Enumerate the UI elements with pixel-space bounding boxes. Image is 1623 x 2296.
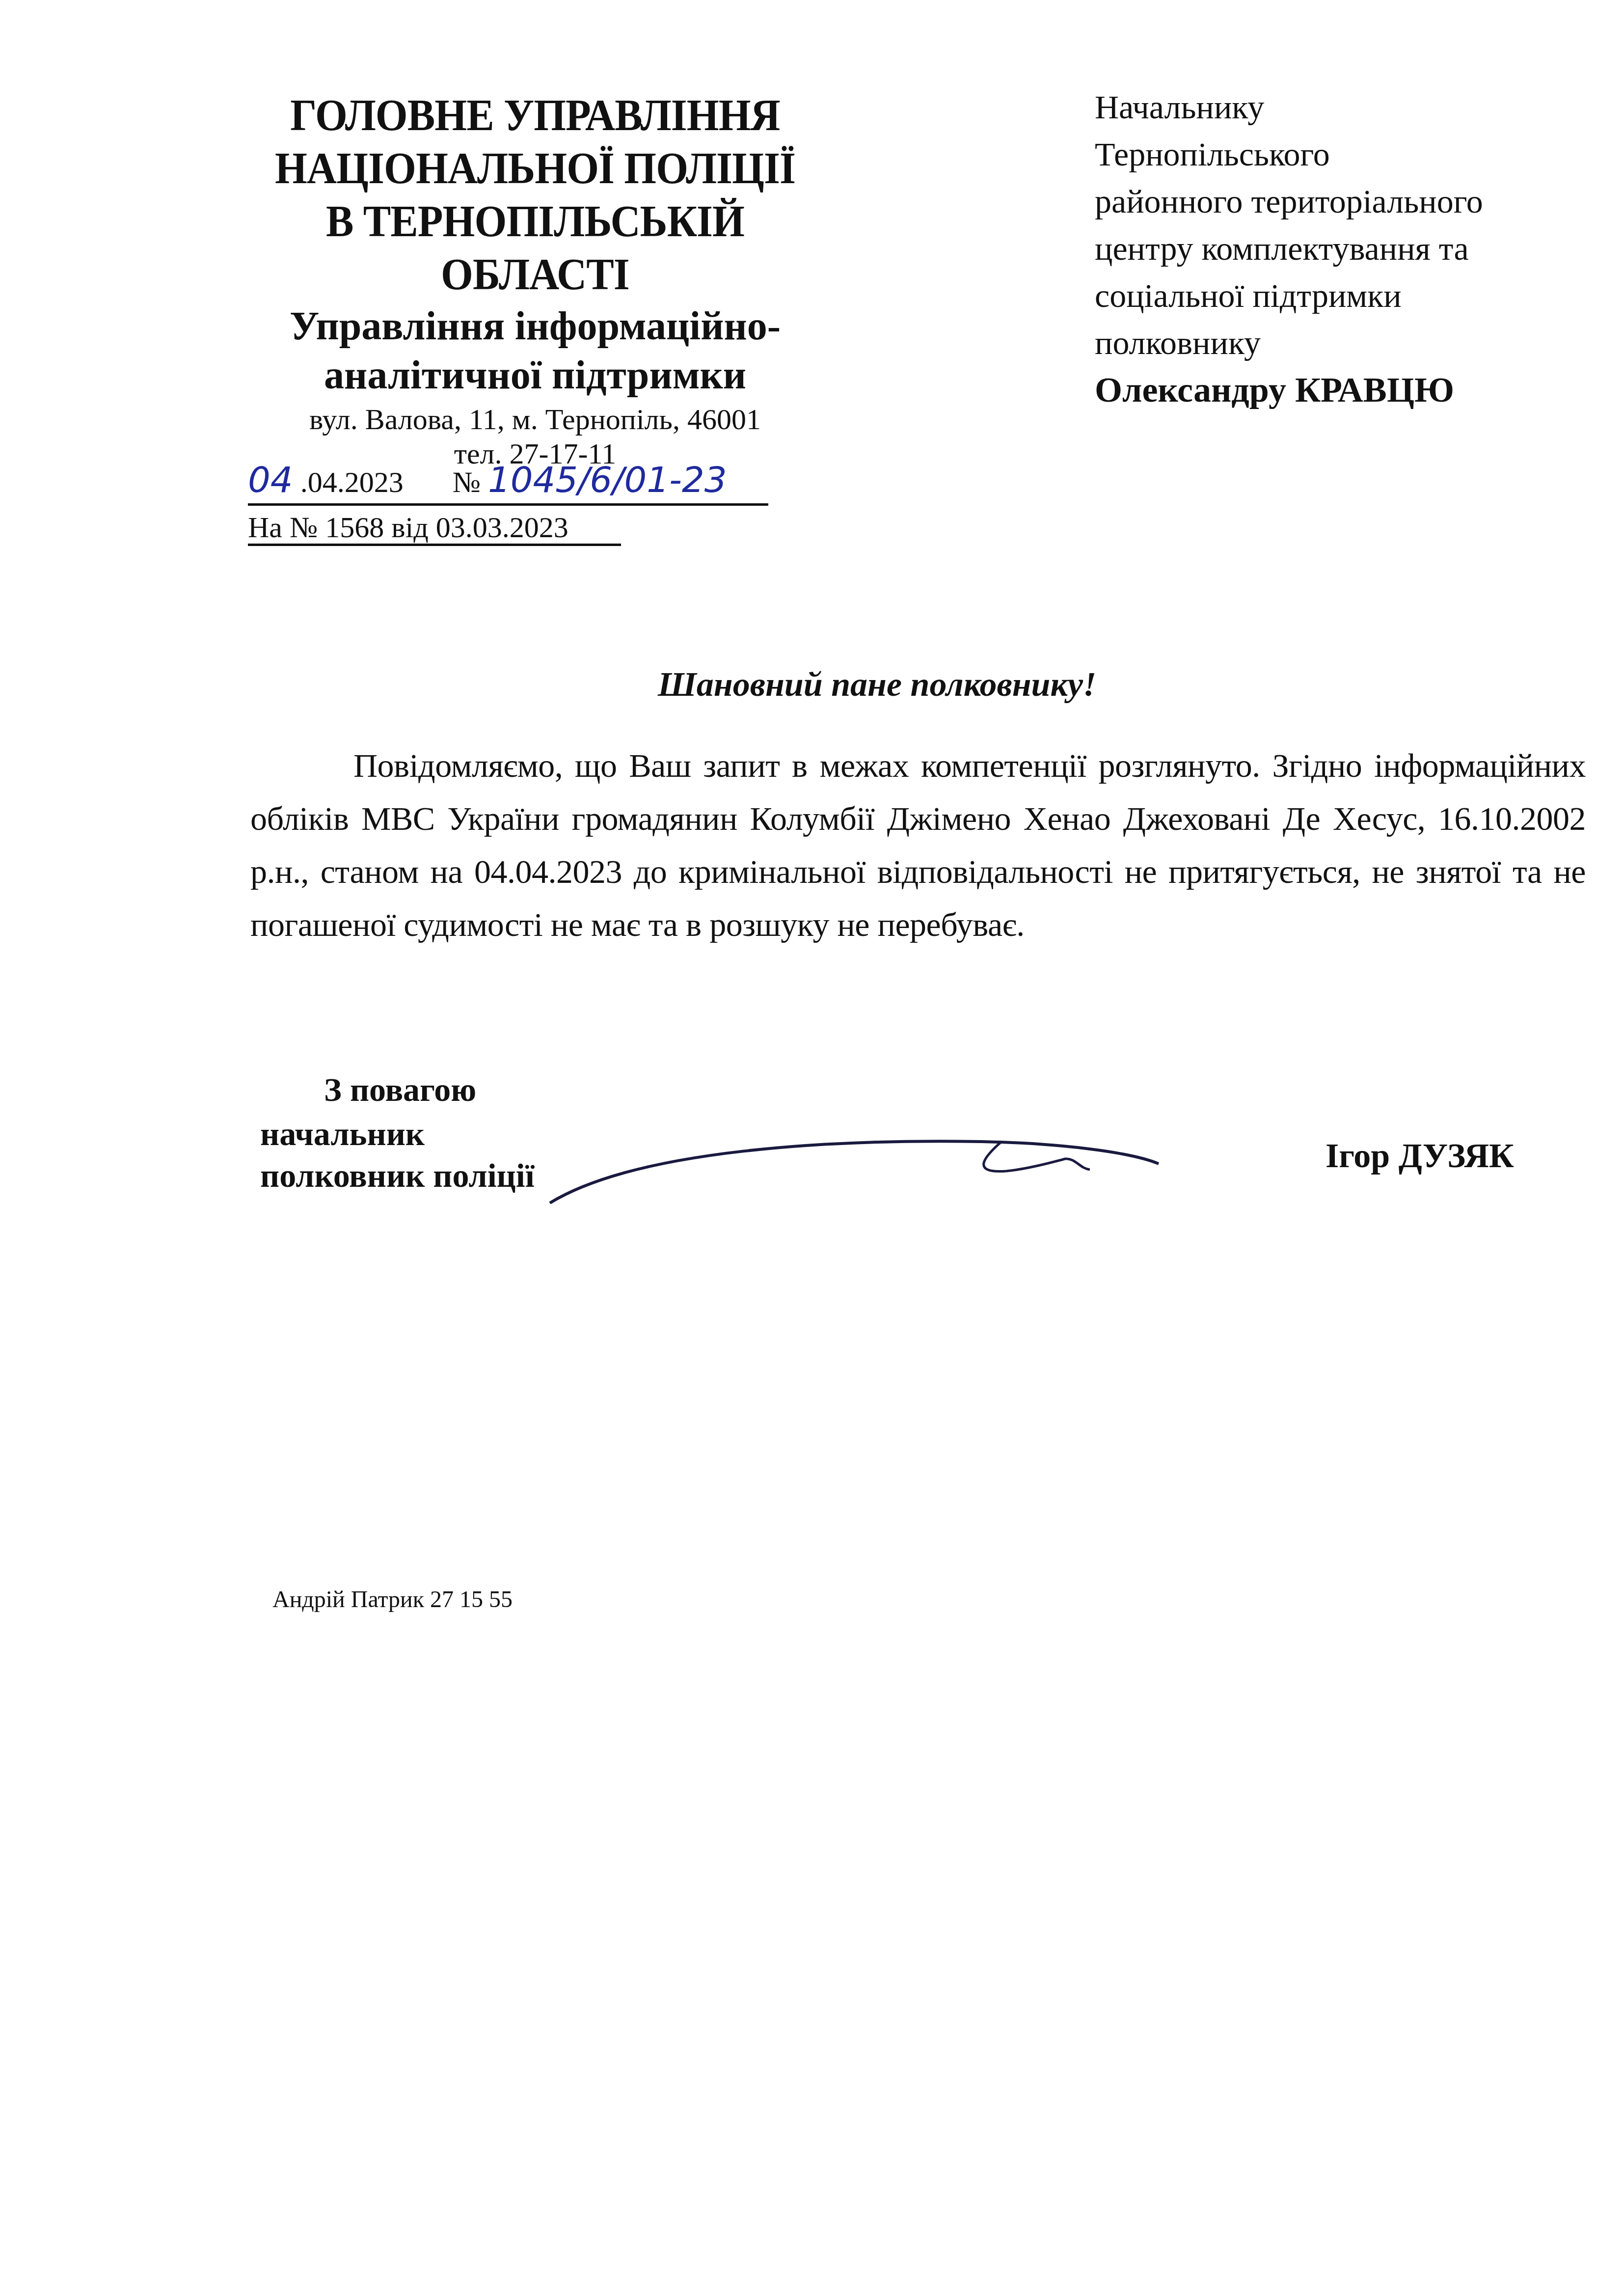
- date-underline: [248, 503, 768, 506]
- recipient-line: полковнику: [1095, 319, 1586, 366]
- number-label: №: [453, 466, 481, 498]
- signer-rank: полковник поліції: [260, 1156, 535, 1195]
- recipient-line: Начальнику: [1095, 83, 1586, 131]
- executor-contact: Андрій Патрик 27 15 55: [272, 1586, 513, 1613]
- sender-address: вул. Валова, 11, м. Тернопіль, 46001: [236, 402, 835, 437]
- recipient-line: районного територіального: [1095, 178, 1586, 225]
- department-line: аналітичної підтримки: [236, 352, 835, 399]
- department-line: Управління інформаційно-: [236, 302, 835, 350]
- organization-line: ГОЛОВНЕ УПРАВЛІННЯ: [260, 88, 811, 141]
- recipient-line: соціальної підтримки: [1095, 272, 1586, 319]
- signer-position: начальник: [260, 1115, 425, 1153]
- date-printed: .04.2023: [300, 466, 404, 498]
- closing: З повагою: [324, 1070, 476, 1109]
- signer-name: Ігор ДУЗЯК: [1325, 1137, 1514, 1176]
- recipient-name: Олександру КРАВЦЮ: [1095, 366, 1586, 413]
- recipient-block: Начальнику Тернопільського районного тер…: [1095, 83, 1586, 413]
- reference-underline: [248, 544, 621, 546]
- letter-body: Повідомляємо, що Ваш запит в межах компе…: [250, 739, 1586, 951]
- organization-line: ОБЛАСТІ: [260, 247, 811, 301]
- handwritten-day: 04: [248, 459, 293, 500]
- recipient-line: центру комплектування та: [1095, 225, 1586, 272]
- signature-icon: [540, 1129, 1178, 1228]
- recipient-line: Тернопільського: [1095, 131, 1586, 178]
- outgoing-date-number: 04 .04.2023 № 1045/6/01-23: [248, 459, 727, 500]
- reference-number: На № 1568 від 03.03.2023: [248, 511, 568, 545]
- salutation: Шановний пане полковнику!: [658, 665, 1096, 705]
- sender-header: ГОЛОВНЕ УПРАВЛІННЯ НАЦІОНАЛЬНОЇ ПОЛІЦІЇ …: [236, 88, 835, 470]
- organization-line: В ТЕРНОПІЛЬСЬКІЙ: [260, 194, 811, 247]
- handwritten-number: 1045/6/01-23: [488, 459, 727, 500]
- organization-line: НАЦІОНАЛЬНОЇ ПОЛІЦІЇ: [260, 141, 811, 194]
